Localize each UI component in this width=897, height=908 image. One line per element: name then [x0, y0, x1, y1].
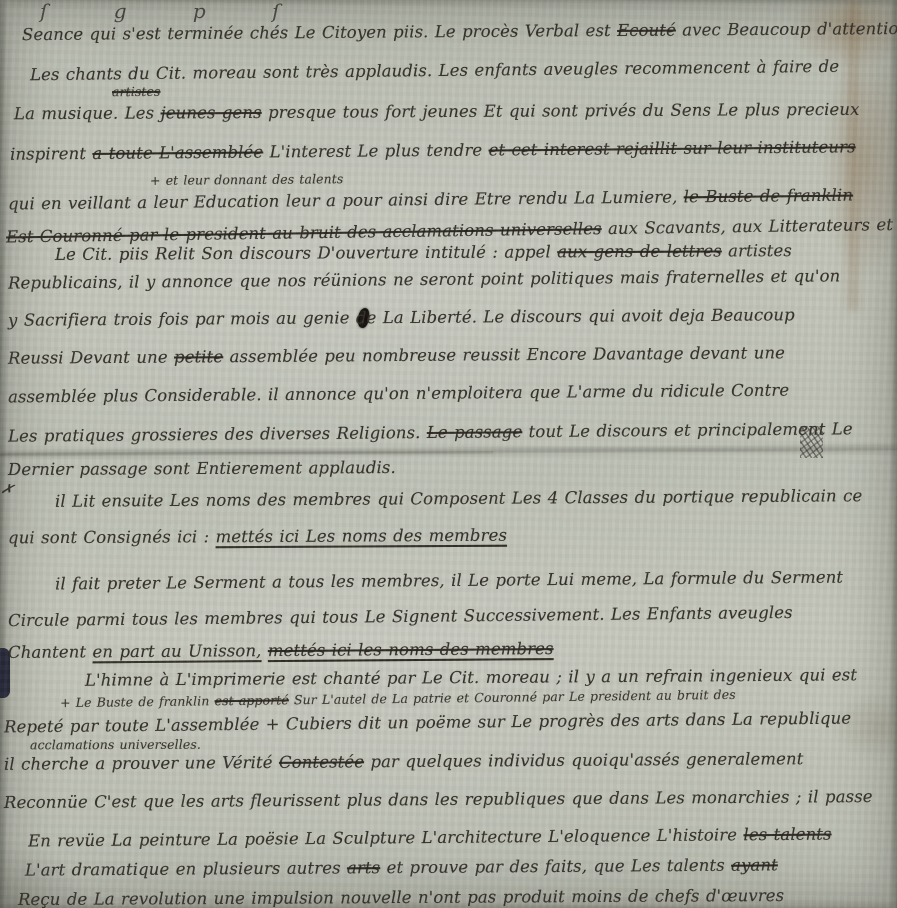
manuscript-line: il Lit ensuite Les noms des membres qui …: [55, 486, 862, 511]
manuscript-line: Chantent en part au Unisson, mettés ici …: [8, 639, 554, 662]
handwritten-text: L'interest Le plus tendre: [263, 141, 489, 162]
handwritten-text: Seance qui s'est terminée chés Le Citoye…: [22, 21, 617, 44]
handwritten-text: Le Cit. piis Relit Son discours D'ouvert…: [55, 242, 557, 264]
manuscript-line: Les pratiques grossieres des diverses Re…: [8, 419, 853, 445]
manuscript-line: qui en veillant a leur Education leur a …: [8, 186, 853, 214]
struck-text: ayant: [731, 855, 778, 874]
handwritten-text: La musique. Les: [14, 103, 161, 123]
manuscript-line: L'himne à L'imprimerie est chanté par Le…: [85, 665, 857, 689]
handwritten-text: Les chants du Cit. moreau sont très appl…: [30, 57, 839, 84]
handwritten-text: Reçu de La revolution une impulsion nouv…: [18, 886, 784, 908]
handwritten-text: qui en veillant a leur Education leur a …: [8, 187, 684, 213]
manuscript-line: Les chants du Cit. moreau sont très appl…: [30, 57, 839, 84]
manuscript-line: artistes: [112, 84, 161, 99]
manuscript-line: Circule parmi tous les membres qui tous …: [8, 603, 793, 630]
manuscript-line: il cherche a prouver une Vérité Contesté…: [4, 749, 804, 774]
handwritten-text: En revüe La peinture La poësie La Sculpt…: [28, 825, 744, 850]
struck-text: les talents: [743, 824, 831, 844]
handwritten-text: Dernier passage sont Entierement applaud…: [8, 458, 396, 479]
struck-text: petite: [174, 347, 223, 366]
handwritten-text: il cherche a prouver une Vérité: [4, 753, 279, 774]
handwritten-text: Repeté par toute L'assemblée + Cubiers d…: [4, 709, 851, 737]
handwritten-text: L'art dramatique en plusieurs autres: [25, 858, 347, 879]
handwritten-text: et prouve par des faits, que Les talents: [380, 856, 731, 877]
manuscript-photo: ſ j p y ſ q j g ſ p y j ſ g p ſ ✗ Seance…: [0, 0, 897, 908]
underlined-text: mettés ici Les noms des membres: [216, 526, 508, 547]
manuscript-lines: Seance qui s'est terminée chés Le Citoye…: [0, 0, 897, 908]
handwritten-text: Chantent: [8, 642, 93, 662]
handwritten-text: + Le Buste de franklin: [60, 693, 215, 710]
struck-text: artistes: [112, 84, 161, 99]
struck-text: le Buste de franklin: [684, 186, 854, 207]
struck-text: Contestée: [279, 752, 364, 772]
handwritten-text: Circule parmi tous les membres qui tous …: [8, 603, 793, 630]
handwritten-text: Reconnüe C'est que les arts fleurissent …: [4, 787, 873, 812]
handwritten-text: artistes: [722, 241, 792, 260]
manuscript-line: inspirent a toute L'assemblée L'interest…: [10, 137, 856, 163]
manuscript-line: il fait preter Le Serment a tous les mem…: [55, 568, 843, 594]
handwritten-text: acclamations universelles.: [30, 737, 201, 753]
manuscript-line: acclamations universelles.: [30, 737, 201, 753]
struck-underlined-text: mettés ici les noms des membres: [268, 639, 554, 660]
manuscript-line: Reussi Devant une petite assemblée peu n…: [8, 343, 785, 367]
handwritten-text: Reussi Devant une: [8, 348, 174, 368]
manuscript-line: + et leur donnant des talents: [150, 171, 344, 188]
manuscript-line: La musique. Les jeunes gens presque tous…: [14, 100, 860, 123]
handwritten-text: tout Le discours et principalement Le: [522, 419, 853, 441]
struck-text: Le passage: [427, 422, 523, 442]
handwritten-text: + et leur donnant des talents: [150, 171, 344, 188]
manuscript-line: Seance qui s'est terminée chés Le Citoye…: [22, 19, 897, 44]
handwritten-text: qui sont Consignés ici :: [8, 527, 216, 547]
handwritten-text: Les pratiques grossieres des diverses Re…: [8, 423, 427, 446]
manuscript-line: L'art dramatique en plusieurs autres art…: [25, 855, 778, 879]
struck-text: et cet interest rejaillit sur leur insti…: [489, 137, 856, 159]
manuscript-line: Reçu de La revolution une impulsion nouv…: [18, 886, 784, 908]
struck-text: jeunes gens: [161, 103, 262, 123]
handwritten-text: presque tous fort jeunes Et qui sont pri…: [262, 100, 860, 122]
handwritten-text: Republicains, il y annonce que nos réüni…: [8, 266, 840, 292]
manuscript-line: + Le Buste de franklin est apporté Sur L…: [60, 687, 736, 710]
manuscript-line: Reconnüe C'est que les arts fleurissent …: [4, 787, 873, 812]
handwritten-text: inspirent: [10, 144, 93, 164]
manuscript-line: y Sacrifiera trois fois par mois au geni…: [8, 305, 795, 329]
manuscript-line: Le Cit. piis Relit Son discours D'ouvert…: [55, 241, 792, 264]
handwritten-text: il fait preter Le Serment a tous les mem…: [55, 568, 843, 594]
struck-text: Ecouté: [617, 21, 676, 40]
struck-text: aux gens de lettres: [557, 241, 722, 261]
struck-text: a toute L'assemblée: [92, 142, 263, 162]
manuscript-line: Dernier passage sont Entierement applaud…: [8, 458, 396, 479]
manuscript-line: assemblée plus Considerable. il annonce …: [8, 381, 789, 407]
handwritten-text: Sur L'autel de La patrie et Couronné par…: [289, 687, 736, 707]
manuscript-line: Republicains, il y annonce que nos réüni…: [8, 266, 840, 292]
handwritten-text: y Sacrifiera trois fois par mois au geni…: [8, 305, 795, 329]
handwritten-text: il Lit ensuite Les noms des membres qui …: [55, 486, 862, 511]
struck-text: est apporté: [214, 692, 288, 708]
struck-text: arts: [347, 858, 380, 877]
handwritten-text: assemblée peu nombreuse reussit Encore D…: [223, 343, 785, 366]
manuscript-line: qui sont Consignés ici : mettés ici Les …: [8, 526, 507, 548]
underlined-text: en part au Unisson,: [92, 641, 261, 661]
handwritten-text: aux Scavants, aux Litterateurs et aux: [602, 215, 897, 239]
handwritten-text: par quelques individus quoiqu'assés gene…: [364, 749, 803, 771]
manuscript-line: Repeté par toute L'assemblée + Cubiers d…: [4, 709, 851, 737]
handwritten-text: L'himne à L'imprimerie est chanté par Le…: [85, 665, 857, 689]
handwritten-text: assemblée plus Considerable. il annonce …: [8, 381, 789, 407]
manuscript-line: En revüe La peinture La poësie La Sculpt…: [28, 824, 832, 850]
handwritten-text: avec Beaucoup d'attention: [676, 19, 897, 40]
